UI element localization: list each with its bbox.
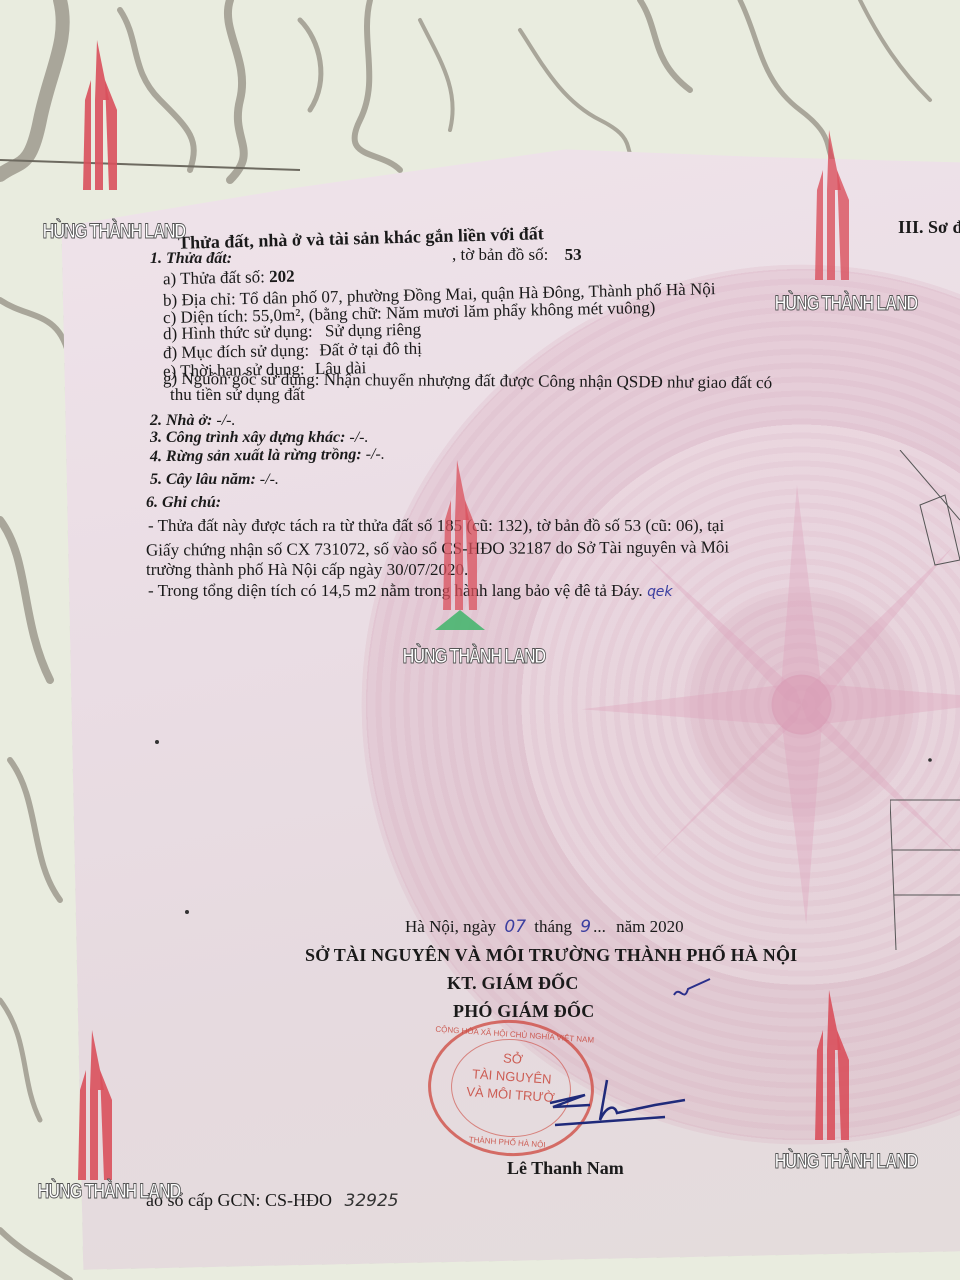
usage-origin-continuation: thu tiền sử dụng đất bbox=[170, 385, 305, 405]
dot-mark bbox=[155, 740, 159, 744]
registry-number-row: ào sổ cấp GCN: CS-HĐO 32925 bbox=[146, 1190, 399, 1211]
certificate-content: Thửa đất, nhà ở và tài sản khác gắn liền… bbox=[0, 0, 960, 1280]
usage-form-label: d) Hình thức sử dụng: bbox=[163, 322, 313, 344]
signer-name: Lê Thanh Nam bbox=[507, 1158, 624, 1179]
notes-line-4: - Trong tổng diện tích có 14,5 m2 nằm tr… bbox=[148, 581, 673, 601]
production-forest-label: 4. Rừng sản xuất là rừng trồng: bbox=[150, 446, 362, 465]
house-label: 2. Nhà ở: bbox=[150, 412, 212, 429]
date-prefix: Hà Nội, ngày bbox=[405, 917, 496, 936]
notes-line-2: Giấy chứng nhận số CX 731072, số vào sổ … bbox=[146, 537, 729, 560]
map-sheet: , tờ bản đồ số: 53 bbox=[452, 245, 582, 265]
house-row: 2. Nhà ở: -/-. bbox=[150, 412, 235, 430]
map-sheet-label: , tờ bản đồ số: bbox=[452, 245, 548, 264]
date-year: năm 2020 bbox=[616, 917, 684, 936]
house-value: -/-. bbox=[216, 412, 235, 429]
signature-mark bbox=[545, 1075, 695, 1135]
notes-initials: ɋek bbox=[647, 584, 673, 600]
signing-date: Hà Nội, ngày 07 tháng 9... năm 2020 bbox=[405, 917, 684, 937]
registry-number: 32925 bbox=[345, 1191, 399, 1211]
parcel-number-label: a) Thửa đất số: bbox=[163, 267, 265, 288]
perennial-trees-row: 5. Cây lâu năm: -/-. bbox=[150, 471, 279, 489]
usage-form-value: Sử dụng riêng bbox=[325, 320, 421, 341]
kt-director: KT. GIÁM ĐỐC bbox=[447, 973, 579, 994]
perennial-trees-label: 5. Cây lâu năm: bbox=[150, 471, 256, 488]
registry-label: ào sổ cấp GCN: CS-HĐO bbox=[146, 1190, 332, 1210]
land-parcel-title: 1. Thửa đất: bbox=[150, 250, 232, 268]
date-day: 07 bbox=[504, 917, 526, 937]
production-forest-row: 4. Rừng sản xuất là rừng trồng: -/-. bbox=[150, 446, 385, 466]
usage-purpose-value: Đất ở tại đô thị bbox=[319, 339, 422, 360]
usage-origin-value: Nhận chuyển nhượng đất được Công nhận QS… bbox=[324, 370, 772, 392]
perennial-trees-value: -/-. bbox=[260, 471, 279, 488]
notes-line-4-text: - Trong tổng diện tích có 14,5 m2 nằm tr… bbox=[148, 581, 643, 600]
pen-tick-mark bbox=[672, 975, 712, 1005]
other-construction-label: 3. Công trình xây dựng khác: bbox=[150, 429, 345, 446]
parcel-number-row: a) Thửa đất số: 202 bbox=[163, 267, 295, 290]
notes-line-3: trường thành phố Hà Nội cấp ngày 30/07/2… bbox=[146, 560, 468, 580]
other-construction-value: -/-. bbox=[349, 429, 368, 446]
map-sheet-value: 53 bbox=[565, 245, 582, 264]
other-construction-row: 3. Công trình xây dựng khác: -/-. bbox=[150, 429, 369, 447]
notes-line-1: - Thửa đất này được tách ra từ thửa đất … bbox=[148, 516, 724, 536]
parcel-number-value: 202 bbox=[269, 267, 295, 287]
deputy-director: PHÓ GIÁM ĐỐC bbox=[453, 1001, 594, 1022]
date-month: 9 bbox=[580, 917, 591, 937]
parcel-sketch-diagram bbox=[890, 450, 960, 950]
month-label: tháng bbox=[534, 917, 572, 936]
issuer-name: SỞ TÀI NGUYÊN VÀ MÔI TRƯỜNG THÀNH PHỐ HÀ… bbox=[305, 945, 797, 966]
dot-mark bbox=[185, 910, 189, 914]
production-forest-value: -/-. bbox=[366, 446, 385, 463]
right-section-heading: III. Sơ đ bbox=[898, 217, 960, 238]
notes-label: 6. Ghi chú: bbox=[146, 494, 221, 512]
